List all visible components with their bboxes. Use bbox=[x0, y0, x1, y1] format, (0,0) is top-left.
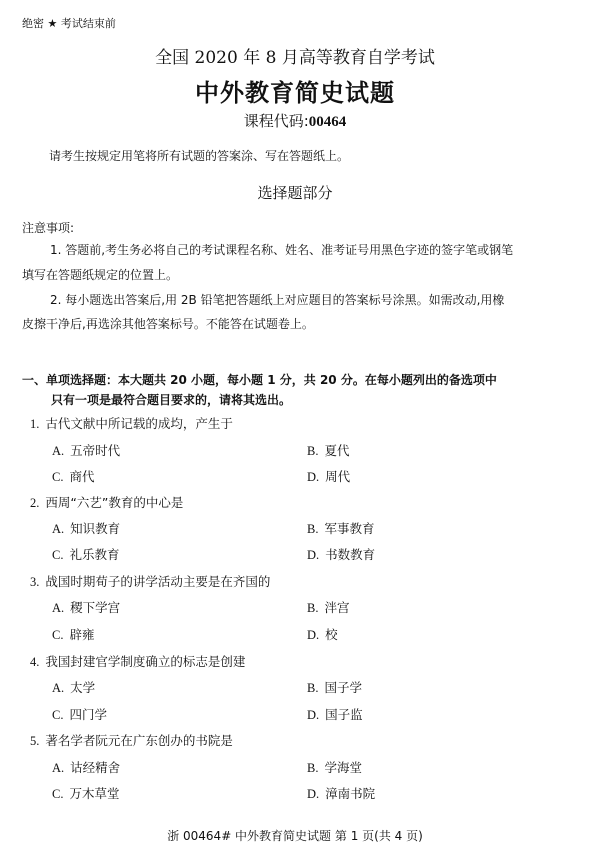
confidential-label: 绝密 ★ 考试结束前 bbox=[22, 15, 116, 31]
q4-option-c: C.四门学 bbox=[52, 705, 107, 723]
q5-option-b: B.学海堂 bbox=[307, 758, 362, 776]
q5-option-c: C.万木草堂 bbox=[52, 784, 119, 802]
text: 学海堂 bbox=[324, 760, 362, 775]
question-1: 1.古代文献中所记载的成均，产生于 bbox=[30, 414, 233, 432]
letter: D. bbox=[307, 787, 319, 801]
course-code-value: 00464 bbox=[309, 114, 347, 130]
letter: A. bbox=[52, 601, 64, 615]
text: 稷下学宫 bbox=[70, 600, 120, 615]
letter: B. bbox=[307, 761, 318, 775]
note-1-line-1: 1. 答题前,考生务必将自己的考试课程名称、姓名、准考证号用黑色字迹的签字笔或钢… bbox=[50, 241, 513, 258]
note-1-line-2: 填写在答题纸规定的位置上。 bbox=[22, 266, 178, 283]
num: 1. bbox=[30, 417, 39, 431]
letter: B. bbox=[307, 601, 318, 615]
part-heading-cont: 只有一项是最符合题目要求的，请将其选出。 bbox=[51, 391, 291, 408]
text: 古代文献中所记载的成均，产生于 bbox=[45, 416, 233, 431]
letter: A. bbox=[52, 681, 64, 695]
q5-option-a: A.诂经精舍 bbox=[52, 758, 120, 776]
q3-option-b: B.泮宫 bbox=[307, 598, 349, 616]
text: 漳南书院 bbox=[325, 786, 375, 801]
text: 泮宫 bbox=[324, 600, 349, 615]
letter: A. bbox=[52, 444, 64, 458]
text: 军事教育 bbox=[324, 521, 374, 536]
num: 2. bbox=[30, 496, 39, 510]
q1-option-b: B.夏代 bbox=[307, 441, 349, 459]
letter: C. bbox=[52, 548, 63, 562]
question-3: 3.战国时期荀子的讲学活动主要是在齐国的 bbox=[30, 572, 270, 590]
question-4: 4.我国封建官学制度确立的标志是创建 bbox=[30, 652, 245, 670]
q2-option-b: B.军事教育 bbox=[307, 519, 374, 537]
text: 商代 bbox=[69, 469, 94, 484]
part-heading: 一、单项选择题：本大题共 20 小题，每小题 1 分，共 20 分。在每小题列出… bbox=[22, 371, 497, 388]
letter: D. bbox=[307, 628, 319, 642]
course-code: 课程代码:00464 bbox=[0, 110, 590, 131]
notes-heading: 注意事项: bbox=[22, 219, 74, 236]
letter: A. bbox=[52, 522, 64, 536]
letter: C. bbox=[52, 708, 63, 722]
q2-option-c: C.礼乐教育 bbox=[52, 545, 119, 563]
text: 西周“六艺”教育的中心是 bbox=[45, 495, 183, 510]
text: 夏代 bbox=[324, 443, 349, 458]
text: 国子学 bbox=[324, 680, 362, 695]
q5-option-d: D.漳南书院 bbox=[307, 784, 375, 802]
text: 书数教育 bbox=[325, 547, 375, 562]
q4-option-b: B.国子学 bbox=[307, 678, 362, 696]
text: 周代 bbox=[325, 469, 350, 484]
letter: A. bbox=[52, 761, 64, 775]
general-instruction: 请考生按规定用笔将所有试题的答案涂、写在答题纸上。 bbox=[49, 147, 349, 164]
text: 四门学 bbox=[69, 707, 107, 722]
letter: C. bbox=[52, 787, 63, 801]
text: 礼乐教育 bbox=[69, 547, 119, 562]
page-footer: 浙 00464# 中外教育简史试题 第 1 页(共 4 页) bbox=[0, 827, 590, 844]
text: 五帝时代 bbox=[70, 443, 120, 458]
subject-title: 中外教育简史试题 bbox=[0, 73, 590, 108]
text: 著名学者阮元在广东创办的书院是 bbox=[45, 733, 233, 748]
q1-option-c: C.商代 bbox=[52, 467, 94, 485]
q3-option-c: C.辟雍 bbox=[52, 625, 94, 643]
question-2: 2.西周“六艺”教育的中心是 bbox=[30, 493, 183, 511]
note-2-line-1: 2. 每小题选出答案后,用 2B 铅笔把答题纸上对应题目的答案标号涂黑。如需改动… bbox=[50, 291, 504, 308]
text: 诂经精舍 bbox=[70, 760, 120, 775]
text: 万木草堂 bbox=[69, 786, 119, 801]
text: 知识教育 bbox=[70, 521, 120, 536]
text: 辟雍 bbox=[69, 627, 94, 642]
q1-option-a: A.五帝时代 bbox=[52, 441, 120, 459]
num: 5. bbox=[30, 734, 39, 748]
letter: D. bbox=[307, 548, 319, 562]
text: 战国时期荀子的讲学活动主要是在齐国的 bbox=[45, 574, 270, 589]
text: 太学 bbox=[70, 680, 95, 695]
letter: C. bbox=[52, 470, 63, 484]
text: 校 bbox=[325, 627, 338, 642]
q2-option-d: D.书数教育 bbox=[307, 545, 375, 563]
text: 我国封建官学制度确立的标志是创建 bbox=[45, 654, 245, 669]
q3-option-d: D.校 bbox=[307, 625, 338, 643]
q2-option-a: A.知识教育 bbox=[52, 519, 120, 537]
course-code-label: 课程代码: bbox=[244, 112, 309, 130]
letter: B. bbox=[307, 681, 318, 695]
q3-option-a: A.稷下学宫 bbox=[52, 598, 120, 616]
q4-option-a: A.太学 bbox=[52, 678, 95, 696]
q4-option-d: D.国子监 bbox=[307, 705, 363, 723]
text: 国子监 bbox=[325, 707, 363, 722]
note-2-line-2: 皮擦干净后,再选涂其他答案标号。不能答在试题卷上。 bbox=[22, 315, 314, 332]
letter: D. bbox=[307, 708, 319, 722]
letter: D. bbox=[307, 470, 319, 484]
section-title: 选择题部分 bbox=[0, 182, 590, 203]
letter: B. bbox=[307, 522, 318, 536]
question-5: 5.著名学者阮元在广东创办的书院是 bbox=[30, 731, 233, 749]
q1-option-d: D.周代 bbox=[307, 467, 350, 485]
num: 4. bbox=[30, 655, 39, 669]
num: 3. bbox=[30, 575, 39, 589]
exam-title: 全国 2020 年 8 月高等教育自学考试 bbox=[0, 43, 590, 68]
letter: C. bbox=[52, 628, 63, 642]
letter: B. bbox=[307, 444, 318, 458]
